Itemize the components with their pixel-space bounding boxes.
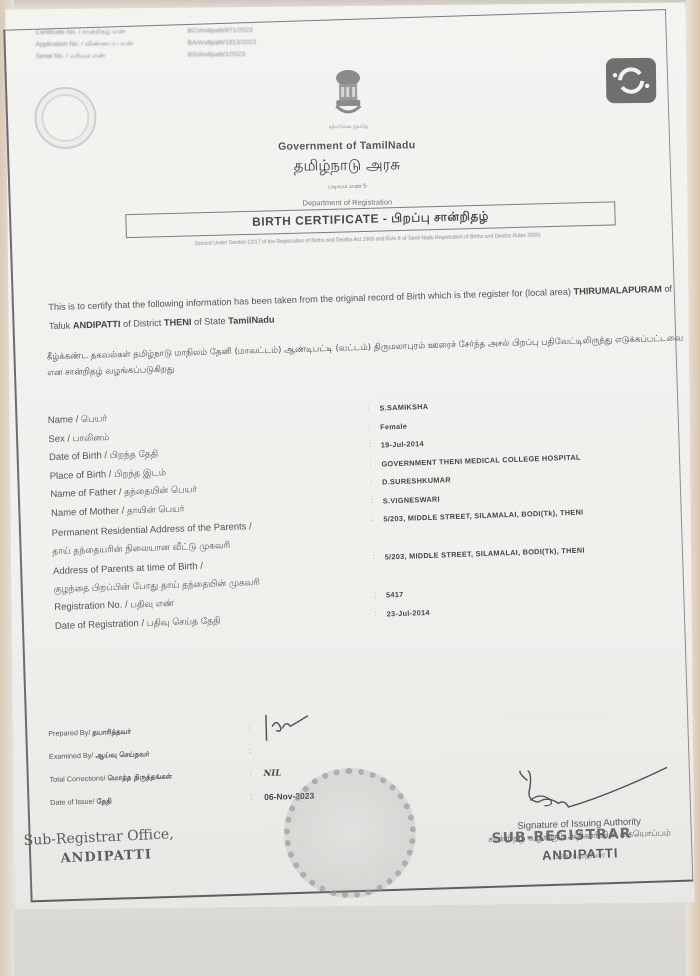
certificate-page: Certificate No. / சான்றிதழ் எண் BC/Andip… bbox=[5, 2, 694, 909]
certificate-fields: Name / பெயர் : S.SAMIKSHA Sex / பாலினம் … bbox=[48, 392, 695, 638]
prepared-by-initials bbox=[262, 711, 333, 743]
round-office-seal-icon bbox=[283, 767, 416, 898]
tamilnadu-seal-icon bbox=[34, 87, 97, 150]
signature-scribble-icon bbox=[467, 765, 689, 823]
certificate-meta: Certificate No. / சான்றிதழ் எண் BC/Andip… bbox=[35, 25, 256, 63]
issuing-authority-signature: Signature of Issuing Authority சான்றிதழ்… bbox=[467, 765, 690, 865]
national-emblem-icon: சத்யமேவ ஜயதே bbox=[328, 68, 369, 126]
meta-serial-no: Serial No. / வரிசை எண் BS/Andipatti/1/20… bbox=[36, 49, 256, 63]
office-stamp: Sub-Registrar Office, ANDIPATTI bbox=[23, 825, 175, 870]
sync-logo-icon bbox=[606, 58, 656, 104]
